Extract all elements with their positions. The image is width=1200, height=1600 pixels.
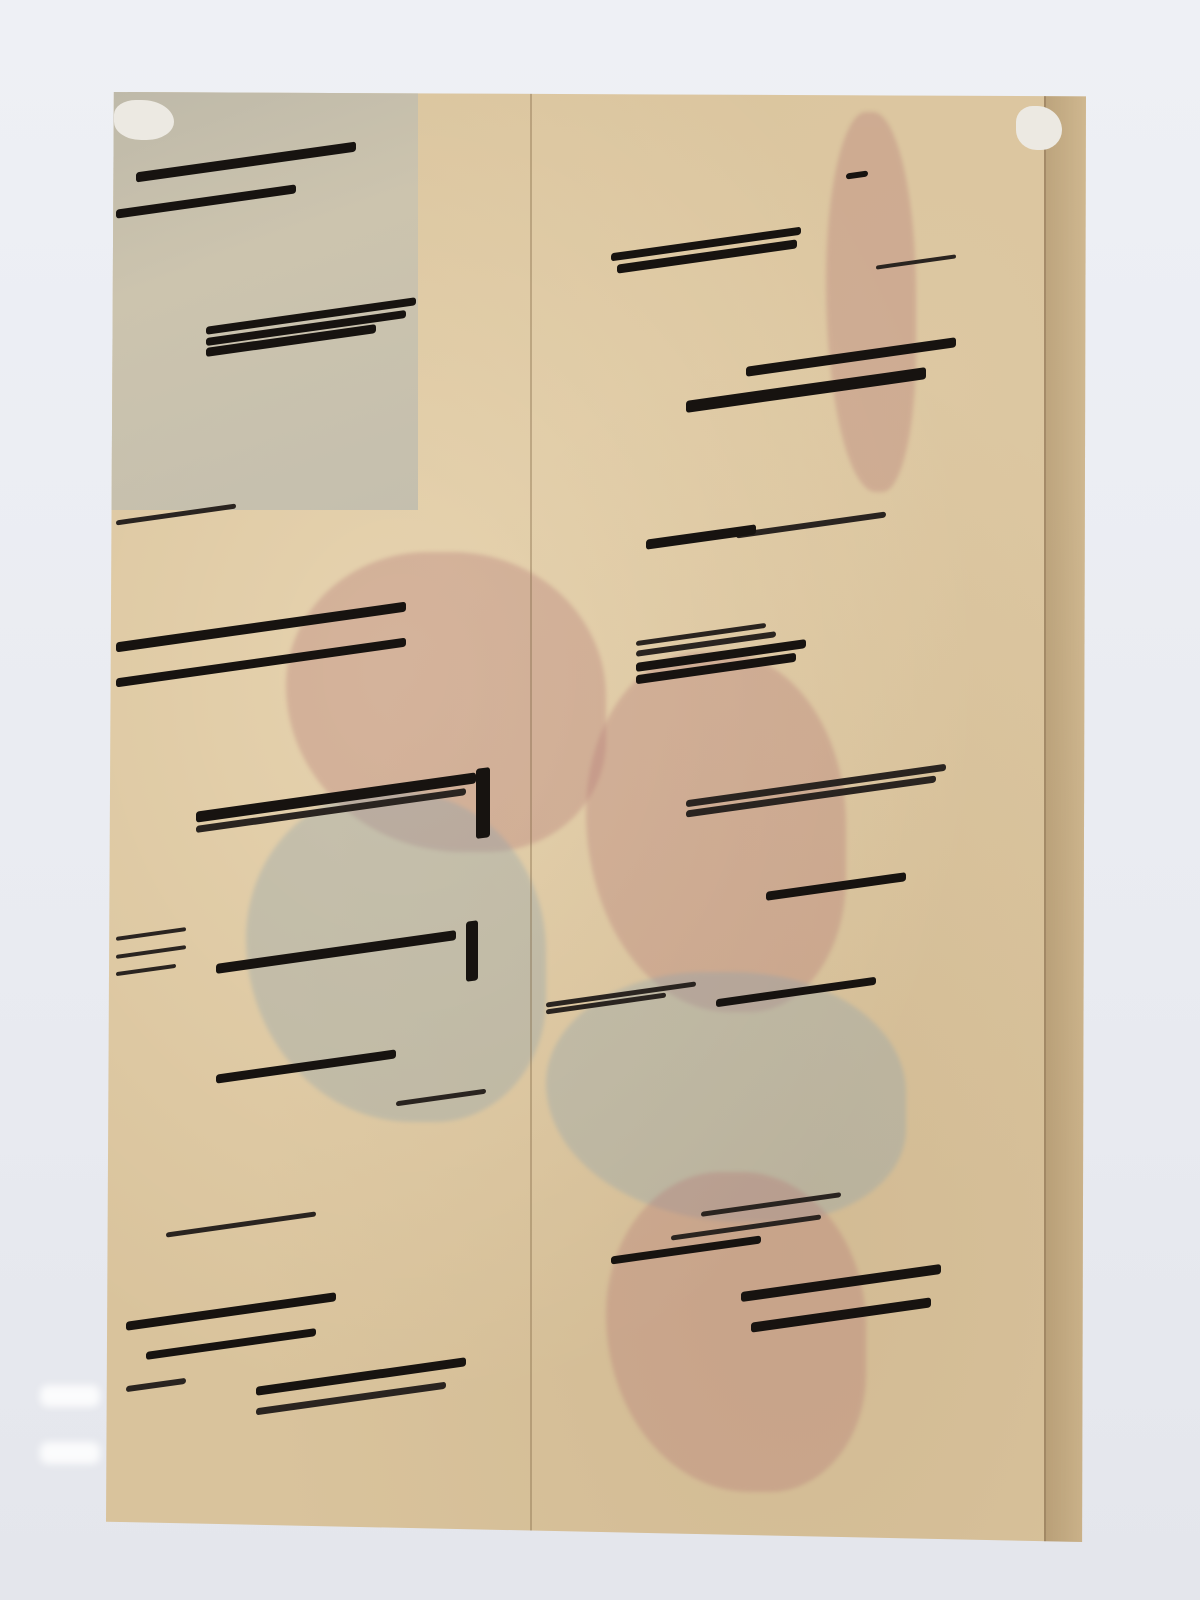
annotation-line: Annotation line R1 (top right) <box>846 172 868 178</box>
center-fold <box>530 92 532 1542</box>
annotation-line: Annotation line R4 <box>746 352 956 396</box>
light-glare <box>40 1442 100 1464</box>
corner-tear <box>114 100 174 140</box>
light-glare <box>40 1385 100 1407</box>
annotation-line <box>611 1202 941 1320</box>
annotation-line: Annotation line R6 <box>636 632 806 673</box>
annotation-line: Annotation line L6 <box>116 932 186 972</box>
annotation-line: Annotation line L5 <box>196 792 490 838</box>
right-edge-strip <box>1044 92 1086 1542</box>
annotation-line: Annotation line L8 (bottom left) <box>126 1307 466 1402</box>
document-sheet: Annotation line R1 (top right) Annotatio… <box>106 92 1086 1542</box>
ghost-print-red <box>586 652 846 1012</box>
annotation-line: Annotation line R3 <box>611 240 801 261</box>
annotation-line: Annotation line R5 <box>626 522 886 542</box>
annotation-line: Annotation line R2 <box>876 260 956 264</box>
annotation-line: Annotation line L1 (top left) <box>136 157 356 206</box>
annotation-line: Annotation line R8 <box>766 882 906 891</box>
annotation-line: Annotation line R7 <box>686 782 946 800</box>
annotation-line <box>166 1222 316 1227</box>
annotation-line: Annotation line L4 <box>116 622 406 667</box>
annotation-line: Annotation line L3 <box>116 512 236 517</box>
annotation-line: Annotation line R9 (bottom right) <box>546 992 876 996</box>
ghost-print-red <box>826 112 916 492</box>
annotation-line: Annotation line L7 <box>216 1062 486 1100</box>
annotation-line <box>216 947 478 981</box>
annotation-line: Annotation line L2 <box>206 312 416 345</box>
corner-tear <box>1016 106 1062 150</box>
